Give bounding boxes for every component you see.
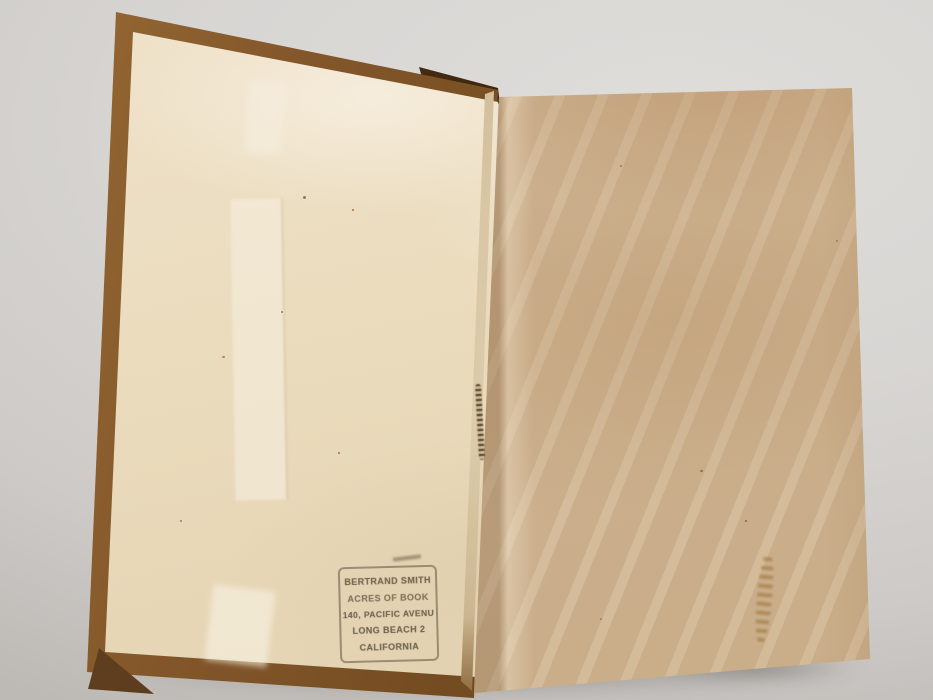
foxing-speck <box>620 165 622 167</box>
foxing-speck <box>338 452 340 454</box>
residue-patch-top <box>245 81 286 155</box>
foxing-speck <box>180 520 182 522</box>
stamp-line-name: BERTRAND SMITH <box>344 575 431 587</box>
removed-label-ghost-mark <box>230 199 287 501</box>
stamp-line-state: CALIFORNIA <box>359 641 419 653</box>
residue-patch-bottom <box>205 585 276 668</box>
foxing-speck <box>700 470 703 472</box>
foxing-speck <box>222 356 225 358</box>
stamp-line-city: LONG BEACH 2 <box>352 624 425 636</box>
stamp-line-street: 140, PACIFIC AVENU <box>343 608 435 620</box>
foxing-speck <box>281 311 283 313</box>
stamp-line-store: ACRES OF BOOK <box>347 592 428 604</box>
bookseller-stamp: BERTRAND SMITH ACRES OF BOOK 140, PACIFI… <box>338 565 439 664</box>
foxing-speck <box>352 209 354 211</box>
book-photograph: BERTRAND SMITH ACRES OF BOOK 140, PACIFI… <box>0 0 933 700</box>
foxing-speck <box>745 520 747 522</box>
foxing-speck <box>600 618 602 620</box>
foxing-speck <box>303 196 306 199</box>
foxing-speck <box>836 240 838 242</box>
